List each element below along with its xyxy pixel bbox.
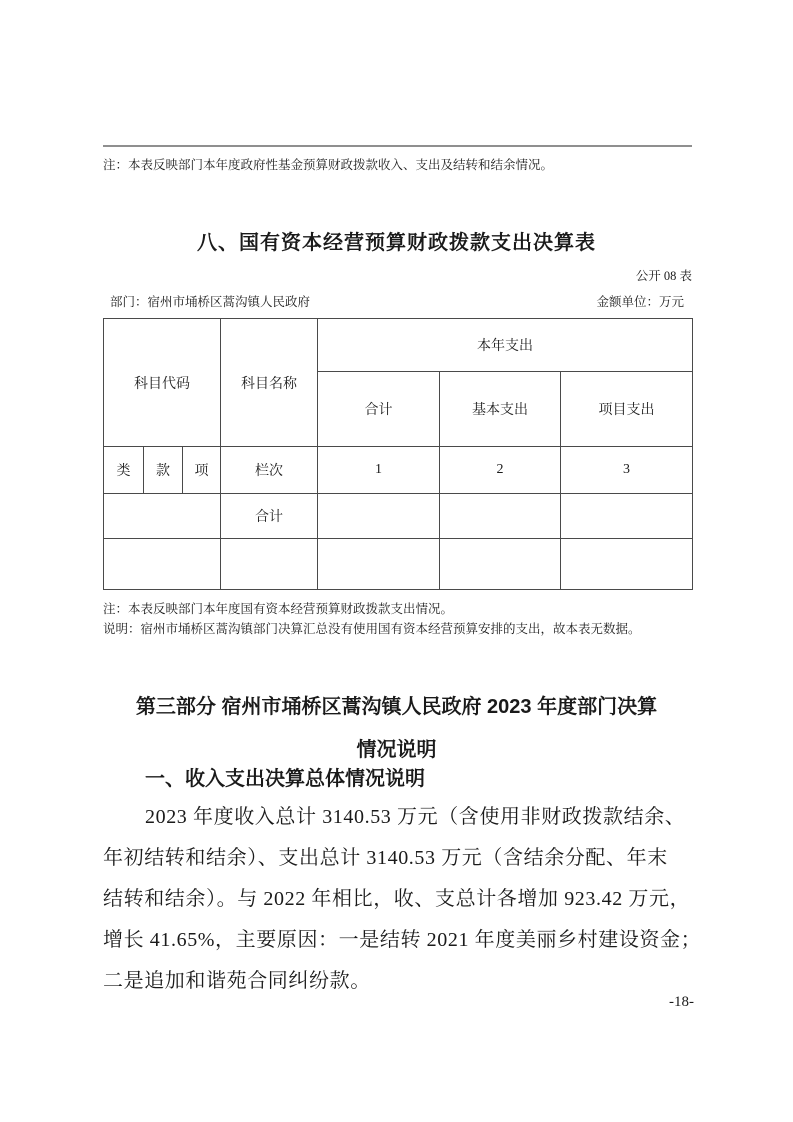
- column-number-2: 2: [440, 447, 561, 494]
- paragraph-line: 结转和结余）。与 2022 年相比，收、支总计各增加 923.42 万元，: [103, 882, 690, 911]
- section3-heading1: 一、收入支出决算总体情况说明: [145, 762, 425, 791]
- document-page: 注：本表反映部门本年度政府性基金预算财政拨款收入、支出及结转和结余情况。 八、国…: [0, 0, 793, 1122]
- row-empty-code-cell: [104, 539, 221, 590]
- amount-unit-label: 金额单位：万元: [596, 292, 692, 310]
- department-label: 部门：宿州市埇桥区蒿沟镇人民政府: [110, 292, 310, 310]
- header-code-class: 类: [104, 447, 144, 494]
- paragraph-line: 二是追加和谐苑合同纠纷款。: [103, 964, 371, 993]
- table8-meta-row: 部门：宿州市埇桥区蒿沟镇人民政府 金额单位：万元: [110, 292, 692, 310]
- row-empty-name-cell: [221, 539, 318, 590]
- section3-title-line1: 第三部分 宿州市埇桥区蒿沟镇人民政府 2023 年度部门决算: [0, 690, 793, 719]
- row-total-basic-cell: [440, 494, 561, 539]
- table8-title: 八、国有资本经营预算财政拨款支出决算表: [0, 226, 793, 255]
- section3-title-line2: 情况说明: [0, 733, 793, 762]
- paragraph-line: 2023 年度收入总计 3140.53 万元（含使用非财政拨款结余、: [145, 800, 685, 829]
- row-total-total-cell: [318, 494, 440, 539]
- row-total-project-cell: [561, 494, 693, 539]
- column-number-1: 1: [318, 447, 440, 494]
- row-empty-basic-cell: [440, 539, 561, 590]
- table8-explanation: 说明：宿州市埇桥区蒿沟镇部门决算汇总没有使用国有资本经营预算安排的支出，故本表无…: [103, 619, 743, 639]
- state-capital-expenditure-table: 科目代码 科目名称 本年支出 合计 基本支出 项目支出 类 款 项 栏次 1 2…: [103, 318, 693, 590]
- paragraph-line: 年初结转和结余）、支出总计 3140.53 万元（含结余分配、年末: [103, 841, 668, 870]
- row-total-code-cell: [104, 494, 221, 539]
- paragraph-line: 增长 41.65%，主要原因：一是结转 2021 年度美丽乡村建设资金；: [103, 923, 701, 952]
- header-column-label: 栏次: [221, 447, 318, 494]
- header-code-section: 款: [144, 447, 183, 494]
- header-basic-expenditure: 基本支出: [440, 372, 561, 447]
- header-code-item: 项: [183, 447, 221, 494]
- row-empty-total-cell: [318, 539, 440, 590]
- row-total-name-cell: 合计: [221, 494, 318, 539]
- table8-notes: 注：本表反映部门本年度国有资本经营预算财政拨款支出情况。 说明：宿州市埇桥区蒿沟…: [103, 599, 743, 639]
- column-number-3: 3: [561, 447, 693, 494]
- header-project-expenditure: 项目支出: [561, 372, 693, 447]
- table8-note: 注：本表反映部门本年度国有资本经营预算财政拨款支出情况。: [103, 599, 743, 619]
- header-subject-code: 科目代码: [104, 319, 221, 447]
- previous-table-bottom-rule: [103, 145, 692, 147]
- table-row: [104, 539, 693, 590]
- row-empty-project-cell: [561, 539, 693, 590]
- table8-container: 科目代码 科目名称 本年支出 合计 基本支出 项目支出 类 款 项 栏次 1 2…: [103, 318, 693, 590]
- table-row: 合计: [104, 494, 693, 539]
- header-year-expenditure: 本年支出: [318, 319, 693, 372]
- previous-table-note: 注：本表反映部门本年度政府性基金预算财政拨款收入、支出及结转和结余情况。: [103, 155, 703, 175]
- header-total: 合计: [318, 372, 440, 447]
- header-subject-name: 科目名称: [221, 319, 318, 447]
- page-number: -18-: [103, 994, 694, 1011]
- table8-public-code: 公开 08 表: [103, 266, 692, 286]
